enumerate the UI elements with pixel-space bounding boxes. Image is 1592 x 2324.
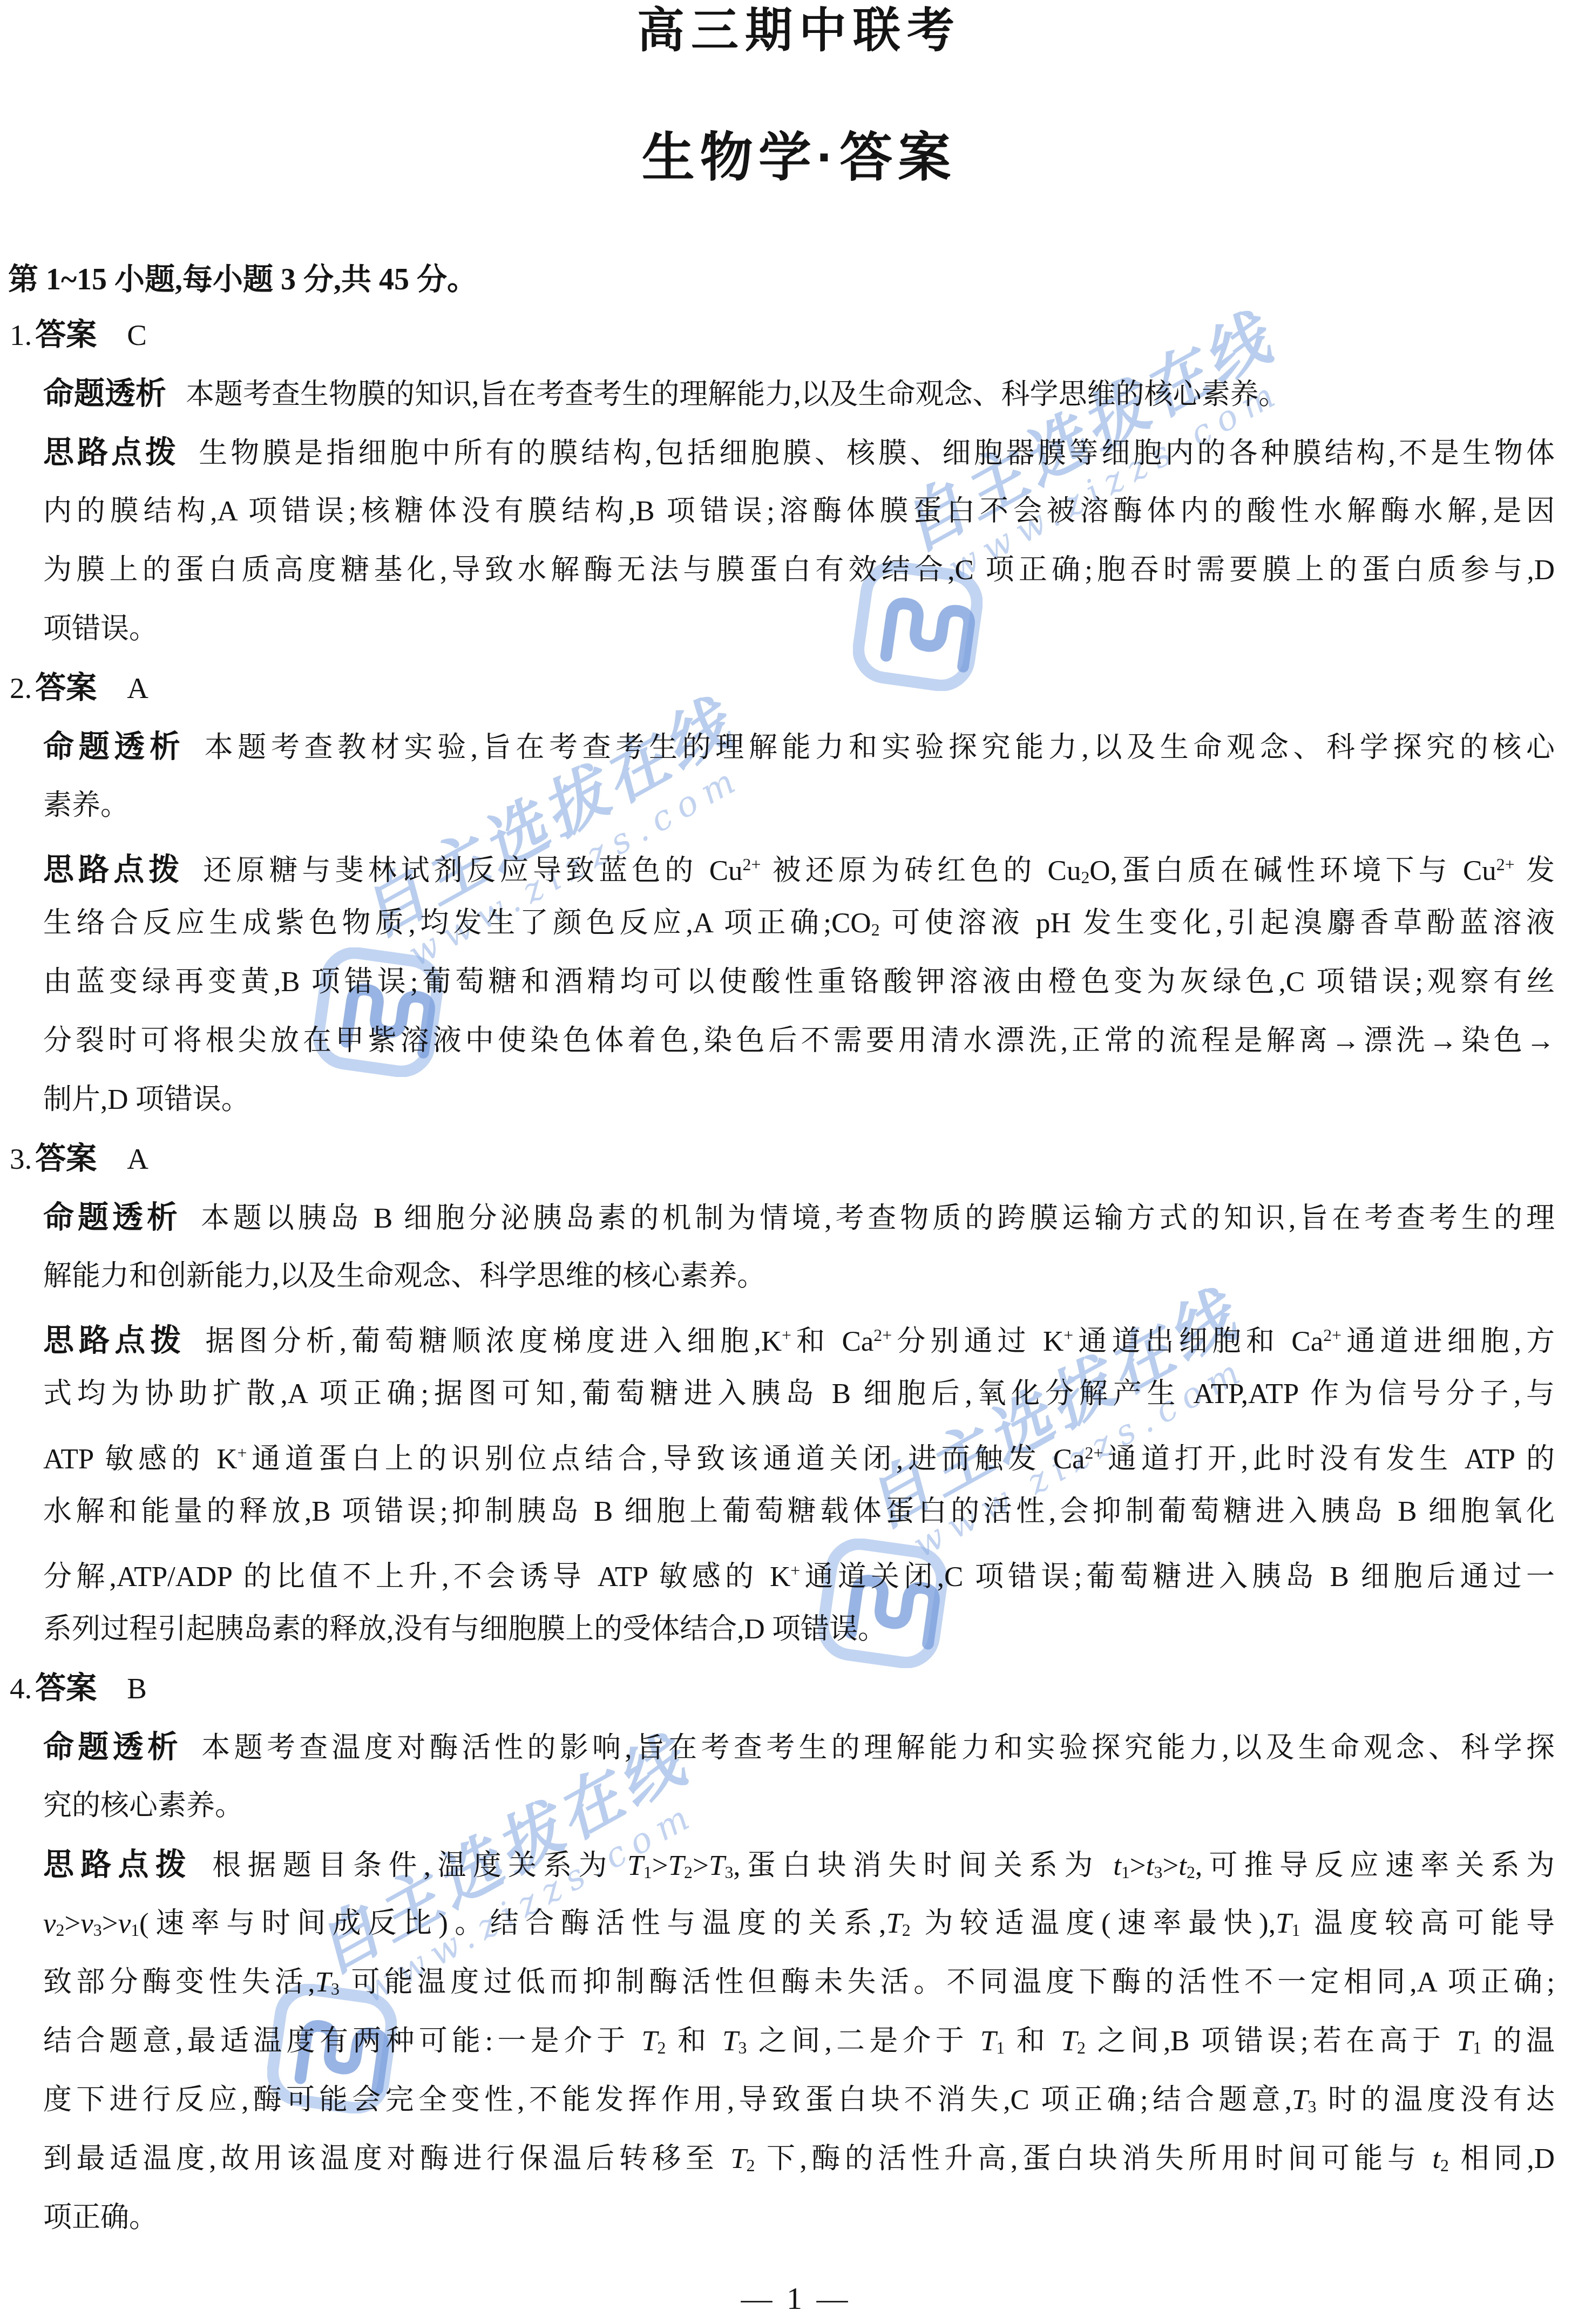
text-line: 由蓝变绿再变黄,B 项错误;葡萄糖和酒精均可以使酸性重铬酸钾溶液由橙色变为灰绿色… <box>43 953 1555 1012</box>
text-line: 内的膜结构,A 项错误;核糖体没有膜结构,B 项错误;溶酶体膜蛋白不会被溶酶体内… <box>43 482 1555 541</box>
text-line: 分解,ATP/ADP 的比值不上升,不会诱导 ATP 敏感的 K+通道关闭,C … <box>43 1541 1555 1600</box>
text-line: 思路点拨据图分析,葡萄糖顺浓度梯度进入细胞,K+和 Ca2+分别通过 K+通道出… <box>43 1306 1555 1365</box>
paragraph-label: 命题透析 <box>43 376 166 411</box>
text-line: 分裂时可将根尖放在甲紫溶液中使染色体着色,染色后不需要用清水漂洗,正常的流程是解… <box>43 1012 1555 1070</box>
text-line: 式均为协助扩散,A 项正确;据图可知,葡萄糖进入胰岛 B 细胞后,氧化分解产生 … <box>43 1365 1555 1424</box>
text-line: 项错误。 <box>43 600 1555 659</box>
question-number: 1. <box>10 319 32 351</box>
answer-letter: A <box>127 1142 148 1175</box>
text-line: 命题透析本题考查温度对酶活性的影响,旨在考查考生的理解能力和实验探究能力,以及生… <box>43 1718 1555 1777</box>
paragraph-label: 命题透析 <box>43 1730 182 1764</box>
analysis-paragraph: 命题透析本题考查温度对酶活性的影响,旨在考查考生的理解能力和实验探究能力,以及生… <box>43 1718 1555 1835</box>
text-line: 解能力和创新能力,以及生命观念、科学思维的核心素养。 <box>43 1247 1555 1306</box>
answer-letter: A <box>127 672 148 704</box>
question-block-2: 2.答案A 命题透析本题考查教材实验,旨在考查考生的理解能力和实验探究能力,以及… <box>43 659 1555 1129</box>
answer-line: 3.答案A <box>10 1129 1555 1188</box>
question-block-4: 4.答案B 命题透析本题考查温度对酶活性的影响,旨在考查考生的理解能力和实验探究… <box>43 1659 1555 2247</box>
answer-label: 答案 <box>35 317 97 352</box>
answer-line: 4.答案B <box>10 1659 1555 1718</box>
tips-paragraph: 思路点拨生物膜是指细胞中所有的膜结构,包括细胞膜、核膜、细胞器膜等细胞内的各种膜… <box>43 423 1555 659</box>
text-line: 思路点拨生物膜是指细胞中所有的膜结构,包括细胞膜、核膜、细胞器膜等细胞内的各种膜… <box>43 423 1555 482</box>
answer-line: 1.答案C <box>10 306 1555 364</box>
text-line: v2>v3>v1(速率与时间成反比)。结合酶活性与温度的关系,T2 为较适温度(… <box>43 1894 1555 1953</box>
paragraph-label: 命题透析 <box>43 1200 181 1235</box>
analysis-paragraph: 命题透析本题考查教材实验,旨在考查考生的理解能力和实验探究能力,以及生命观念、科… <box>43 717 1555 835</box>
paragraph-label: 命题透析 <box>43 729 185 764</box>
question-number: 4. <box>10 1672 32 1705</box>
text-line: 系列过程引起胰岛素的释放,没有与细胞膜上的受体结合,D 项错误。 <box>43 1600 1555 1659</box>
text-line: 思路点拨根据题目条件,温度关系为 T1>T2>T3,蛋白块消失时间关系为 t1>… <box>43 1835 1555 1894</box>
text-line: 思路点拨还原糖与斐林试剂反应导致蓝色的 Cu2+ 被还原为砖红色的 Cu2O,蛋… <box>43 835 1555 894</box>
analysis-paragraph: 命题透析本题以胰岛 B 细胞分泌胰岛素的机制为情境,考查物质的跨膜运输方式的知识… <box>43 1188 1555 1306</box>
paragraph-label: 思路点拨 <box>43 852 184 887</box>
exam-answer-page: 自主选拔在线 www.zizzs.com 自主选拔在线 www.zizzs.co… <box>0 0 1592 2324</box>
text-line: 命题透析本题以胰岛 B 细胞分泌胰岛素的机制为情境,考查物质的跨膜运输方式的知识… <box>43 1188 1555 1247</box>
score-note: 第 1~15 小题,每小题 3 分,共 45 分。 <box>8 263 1555 296</box>
page-title: 高三期中联考 <box>43 6 1555 54</box>
question-block-3: 3.答案A 命题透析本题以胰岛 B 细胞分泌胰岛素的机制为情境,考查物质的跨膜运… <box>43 1129 1555 1659</box>
text-line: 素养。 <box>43 776 1555 835</box>
document-body: 高三期中联考 生物学·答案 第 1~15 小题,每小题 3 分,共 45 分。 … <box>0 6 1592 2247</box>
text-line: 致部分酶变性失活,T3 可能温度过低而抑制酶活性但酶未失活。不同温度下酶的活性不… <box>43 1953 1555 2012</box>
page-number: — 1 — <box>0 2280 1592 2316</box>
answer-letter: B <box>127 1672 147 1705</box>
answer-line: 2.答案A <box>10 659 1555 717</box>
paragraph-label: 思路点拨 <box>43 435 179 470</box>
tips-paragraph: 思路点拨还原糖与斐林试剂反应导致蓝色的 Cu2+ 被还原为砖红色的 Cu2O,蛋… <box>43 835 1555 1129</box>
text-line: 度下进行反应,酶可能会完全变性,不能发挥作用,导致蛋白块不消失,C 项正确;结合… <box>43 2071 1555 2130</box>
text-line: 命题透析本题考查生物膜的知识,旨在考查考生的理解能力,以及生命观念、科学思维的核… <box>43 364 1555 423</box>
tips-paragraph: 思路点拨据图分析,葡萄糖顺浓度梯度进入细胞,K+和 Ca2+分别通过 K+通道出… <box>43 1306 1555 1659</box>
text-line: 为膜上的蛋白质高度糖基化,导致水解酶无法与膜蛋白有效结合,C 项正确;胞吞时需要… <box>43 541 1555 600</box>
text-line: 结合题意,最适温度有两种可能:一是介于 T2 和 T3 之间,二是介于 T1 和… <box>43 2012 1555 2071</box>
analysis-paragraph: 命题透析本题考查生物膜的知识,旨在考查考生的理解能力,以及生命观念、科学思维的核… <box>43 364 1555 423</box>
text-line: 水解和能量的释放,B 项错误;抑制胰岛 B 细胞上葡萄糖载体蛋白的活性,会抑制葡… <box>43 1482 1555 1541</box>
paragraph-label: 思路点拨 <box>43 1847 193 1882</box>
text-line: ATP 敏感的 K+通道蛋白上的识别位点结合,导致该通道关闭,进而触发 Ca2+… <box>43 1424 1555 1482</box>
text-line: 到最适温度,故用该温度对酶进行保温后转移至 T2 下,酶的活性升高,蛋白块消失所… <box>43 2130 1555 2189</box>
question-block-1: 1.答案C 命题透析本题考查生物膜的知识,旨在考查考生的理解能力,以及生命观念、… <box>43 306 1555 659</box>
text-line: 究的核心素养。 <box>43 1777 1555 1835</box>
page-subtitle: 生物学·答案 <box>43 131 1555 184</box>
tips-paragraph: 思路点拨根据题目条件,温度关系为 T1>T2>T3,蛋白块消失时间关系为 t1>… <box>43 1835 1555 2247</box>
question-number: 3. <box>10 1142 32 1175</box>
answer-label: 答案 <box>35 1671 97 1705</box>
answer-label: 答案 <box>35 1141 97 1176</box>
text-line: 项正确。 <box>43 2189 1555 2247</box>
text-line: 制片,D 项错误。 <box>43 1070 1555 1129</box>
text-line: 命题透析本题考查教材实验,旨在考查考生的理解能力和实验探究能力,以及生命观念、科… <box>43 717 1555 776</box>
question-number: 2. <box>10 672 32 704</box>
answer-label: 答案 <box>35 670 97 705</box>
answer-letter: C <box>127 319 147 351</box>
paragraph-label: 思路点拨 <box>43 1323 186 1358</box>
text-line: 生络合反应生成紫色物质,均发生了颜色反应,A 项正确;CO2 可使溶液 pH 发… <box>43 894 1555 953</box>
